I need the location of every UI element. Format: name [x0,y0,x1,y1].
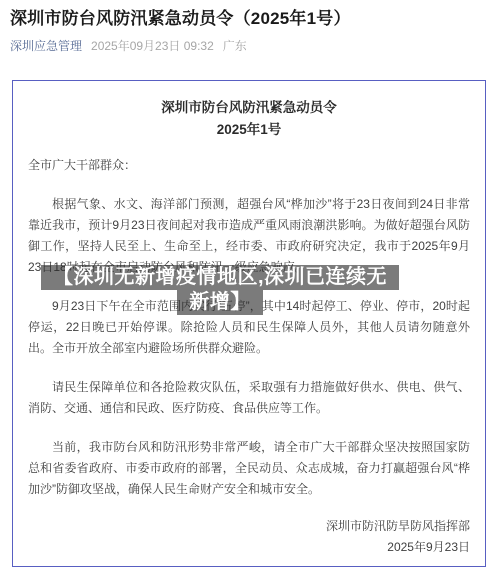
notice-salutation: 全市广大干部群众： [28,155,470,176]
byline: 深圳应急管理 2025年09月23日 09:32 广东 [10,39,488,54]
notice-title-block: 深圳市防台风防汛紧急动员令 2025年1号 [28,97,470,141]
publish-location: 广东 [223,39,247,54]
notice-number: 2025年1号 [28,119,470,141]
publish-datetime: 2025年09月23日 09:32 [91,39,214,54]
notice-paragraph-1: 根据气象、水文、海洋部门预测，超强台风“桦加沙”将于23日夜间到24日非常靠近我… [28,194,470,278]
article-title: 深圳市防台风防汛紧急动员令（2025年1号） [10,7,488,30]
source-account-link[interactable]: 深圳应急管理 [10,39,82,54]
article-header: 深圳市防台风防汛紧急动员令（2025年1号） 深圳应急管理 2025年09月23… [0,0,500,54]
notice-paragraph-4: 当前，我市防台风和防汛形势非常严峻，请全市广大干部群众坚决按照国家防总和省委省政… [28,437,470,500]
signature-date: 2025年9月23日 [28,537,470,558]
notice-title: 深圳市防台风防汛紧急动员令 [28,97,470,119]
notice-box: 深圳市防台风防汛紧急动员令 2025年1号 全市广大干部群众： 根据气象、水文、… [12,80,486,567]
signature-block: 深圳市防汛防旱防风指挥部 2025年9月23日 [28,516,470,558]
notice-paragraph-2: 9月23日下午在全市范围内实行“五停”，其中14时起停工、停业、停市，20时起停… [28,296,470,359]
notice-paragraph-3: 请民生保障单位和各抢险救灾队伍，采取强有力措施做好供水、供电、供气、消防、交通、… [28,377,470,419]
signature-issuer: 深圳市防汛防旱防风指挥部 [28,516,470,537]
